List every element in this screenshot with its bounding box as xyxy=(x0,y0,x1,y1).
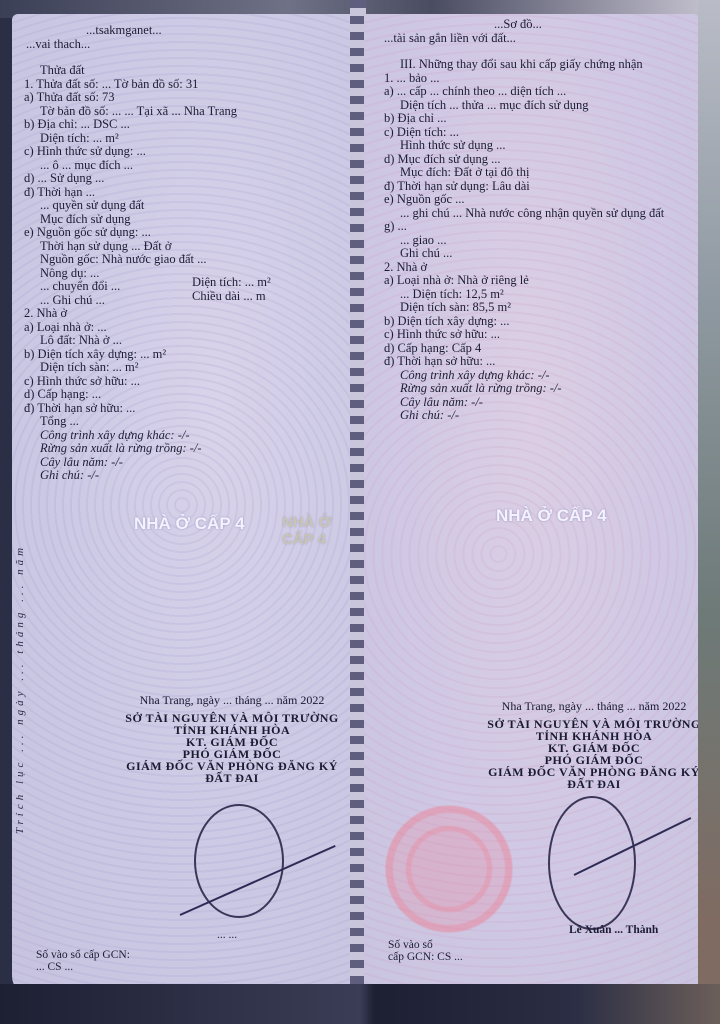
document-line: Diện tích: ... m² xyxy=(24,132,237,146)
document-line: Ghi chú ... xyxy=(384,247,664,261)
watermark-center: NHÀ Ở CẤP 4 xyxy=(282,514,352,548)
document-line: Diện tích sàn: ... m² xyxy=(24,361,237,375)
vertical-side-text: Trích lục ... ngày ... tháng ... năm xyxy=(14,314,28,834)
document-line: ... quyền sử dụng đất xyxy=(24,199,237,213)
note-line: Chiều dài ... m xyxy=(192,290,271,304)
document-line: ... giao ... xyxy=(384,234,664,248)
document-line: Mục đích sử dụng xyxy=(24,213,237,227)
document-line: đ) Thời hạn sở hữu: ... xyxy=(24,402,237,416)
document-line: b) Địa chỉ: ... DSC ... xyxy=(24,118,237,132)
document-line: g) ... xyxy=(384,220,664,234)
document-line: ... ô ... mục đích ... xyxy=(24,159,237,173)
document-line: Diện tích sàn: 85,5 m² xyxy=(384,301,664,315)
issuing-authority: SỞ TÀI NGUYÊN VÀ MÔI TRƯỜNG TỈNH KHÁNH H… xyxy=(112,712,352,736)
red-seal xyxy=(384,804,514,934)
document-line: a) Thửa đất số: 73 xyxy=(24,91,237,105)
note-line: Diện tích: ... m² xyxy=(192,276,271,290)
signer-name: Lê Xuân ... Thành xyxy=(569,924,658,936)
document-line: Thửa đất xyxy=(24,64,237,78)
left-body-text: Thửa đất1. Thửa đất số: ... Tờ bản đồ số… xyxy=(24,64,237,483)
left-signature-block: Nha Trang, ngày ... tháng ... năm 2022 S… xyxy=(112,694,352,784)
document-line: đ) Thời hạn sử dụng: Lâu dài xyxy=(384,180,664,194)
right-signature-block: Nha Trang, ngày ... tháng ... năm 2022 S… xyxy=(484,700,700,790)
document-line: c) Hình thức sở hữu: ... xyxy=(24,375,237,389)
left-right-column-note: Diện tích: ... m² Chiều dài ... m xyxy=(192,276,271,303)
document-line: Rừng sản xuất là rừng trồng: -/- xyxy=(384,382,664,396)
document-line: a) Loại nhà ở: ... xyxy=(24,321,237,335)
document-line: Hình thức sử dụng ... xyxy=(384,139,664,153)
right-header: ...Sơ đồ... ...tài sản gắn liền với đất.… xyxy=(384,18,542,45)
document-line: c) Diện tích: ... xyxy=(384,126,664,140)
document-line: Công trình xây dựng khác: -/- xyxy=(384,369,664,383)
document-line: 1. Thửa đất số: ... Tờ bản đồ số: 31 xyxy=(24,78,237,92)
left-header: ...tsakmganet... ...vai thach... xyxy=(26,24,162,51)
document-line: a) ... cấp ... chính theo ... diện tích … xyxy=(384,85,664,99)
document-left-page: ...tsakmganet... ...vai thach... Thửa đấ… xyxy=(12,14,352,996)
document-line: III. Những thay đổi sau khi cấp giấy chứ… xyxy=(384,58,664,72)
document-line: 1. ... bảo ... xyxy=(384,72,664,86)
document-line: e) Nguồn gốc ... xyxy=(384,193,664,207)
document-line: Nguồn gốc: Nhà nước giao đất ... xyxy=(24,253,237,267)
document-line: Lô đất: Nhà ở ... xyxy=(24,334,237,348)
document-line: Mục đích: Đất ở tại đô thị xyxy=(384,166,664,180)
document-line: Rừng sản xuất là rừng trồng: -/- xyxy=(24,442,237,456)
official-stamp-right xyxy=(548,796,636,930)
left-footer-note: Số vào sổ cấp GCN: ... CS ... xyxy=(36,949,130,973)
signature-date: Nha Trang, ngày ... tháng ... năm 2022 xyxy=(112,694,352,706)
signature-date: Nha Trang, ngày ... tháng ... năm 2022 xyxy=(484,700,700,712)
document-line: 2. Nhà ở xyxy=(384,261,664,275)
document-line: Cây lâu năm: -/- xyxy=(24,456,237,470)
document-line: ... ghi chú ... Nhà nước công nhận quyền… xyxy=(384,207,664,221)
document-line: Thời hạn sử dụng ... Đất ở xyxy=(24,240,237,254)
document-line: Tờ bản đồ số: ... ... Tại xã ... Nha Tra… xyxy=(24,105,237,119)
document-line: Diện tích ... thửa ... mục đích sử dụng xyxy=(384,99,664,113)
background-bottom xyxy=(0,984,720,1024)
document-line: Công trình xây dựng khác: -/- xyxy=(24,429,237,443)
header-line: ...tài sản gắn liền với đất... xyxy=(384,32,542,46)
document-line: Cây lâu năm: -/- xyxy=(384,396,664,410)
document-line: a) Loại nhà ở: Nhà ở riêng lẻ xyxy=(384,274,664,288)
header-line: ...Sơ đồ... xyxy=(384,18,542,32)
header-line: ...vai thach... xyxy=(26,38,162,52)
footer-line: ... CS ... xyxy=(36,961,130,973)
document-line: đ) Thời hạn sở hữu: ... xyxy=(384,355,664,369)
document-line: b) Địa chỉ ... xyxy=(384,112,664,126)
right-body-text: III. Những thay đổi sau khi cấp giấy chứ… xyxy=(384,58,664,423)
vertical-side-text xyxy=(364,314,378,834)
watermark-right: NHÀ Ở CẤP 4 xyxy=(496,506,607,526)
background-right-edge xyxy=(698,0,720,1024)
document-line: e) Nguồn gốc sử dụng: ... xyxy=(24,226,237,240)
signer-name: ... ... xyxy=(217,929,237,941)
issuing-authority: SỞ TÀI NGUYÊN VÀ MÔI TRƯỜNG TỈNH KHÁNH H… xyxy=(484,718,700,742)
footer-line: cấp GCN: CS ... xyxy=(388,951,463,963)
document-line: đ) Thời hạn ... xyxy=(24,186,237,200)
document-line: b) Diện tích xây dựng: ... xyxy=(384,315,664,329)
document-line: d) Cấp hạng: Cấp 4 xyxy=(384,342,664,356)
signer-office: GIÁM ĐỐC VĂN PHÒNG ĐĂNG KÝ ĐẤT ĐAI xyxy=(484,766,700,790)
document-line: Tổng ... xyxy=(24,415,237,429)
document-line: b) Diện tích xây dựng: ... m² xyxy=(24,348,237,362)
header-line: ...tsakmganet... xyxy=(26,24,162,38)
document-line: c) Hình thức sở hữu: ... xyxy=(384,328,664,342)
document-line: ... Diện tích: 12,5 m² xyxy=(384,288,664,302)
footer-line: Số vào sổ cấp GCN: xyxy=(36,949,130,961)
document-line: d) Cấp hạng: ... xyxy=(24,388,237,402)
document-line: 2. Nhà ở xyxy=(24,307,237,321)
document-right-page: ...Sơ đồ... ...tài sản gắn liền với đất.… xyxy=(364,14,700,996)
document-line: Ghi chú: -/- xyxy=(24,469,237,483)
document-line: c) Hình thức sử dụng: ... xyxy=(24,145,237,159)
right-footer-note: Số vào sổ cấp GCN: CS ... xyxy=(388,939,463,963)
document-line: d) Mục đích sử dụng ... xyxy=(384,153,664,167)
document-line: d) ... Sử dụng ... xyxy=(24,172,237,186)
watermark-left: NHÀ Ở CẤP 4 xyxy=(134,514,245,534)
footer-line: Số vào sổ xyxy=(388,939,463,951)
document-line: Ghi chú: -/- xyxy=(384,409,664,423)
signer-office: GIÁM ĐỐC VĂN PHÒNG ĐĂNG KÝ ĐẤT ĐAI xyxy=(112,760,352,784)
